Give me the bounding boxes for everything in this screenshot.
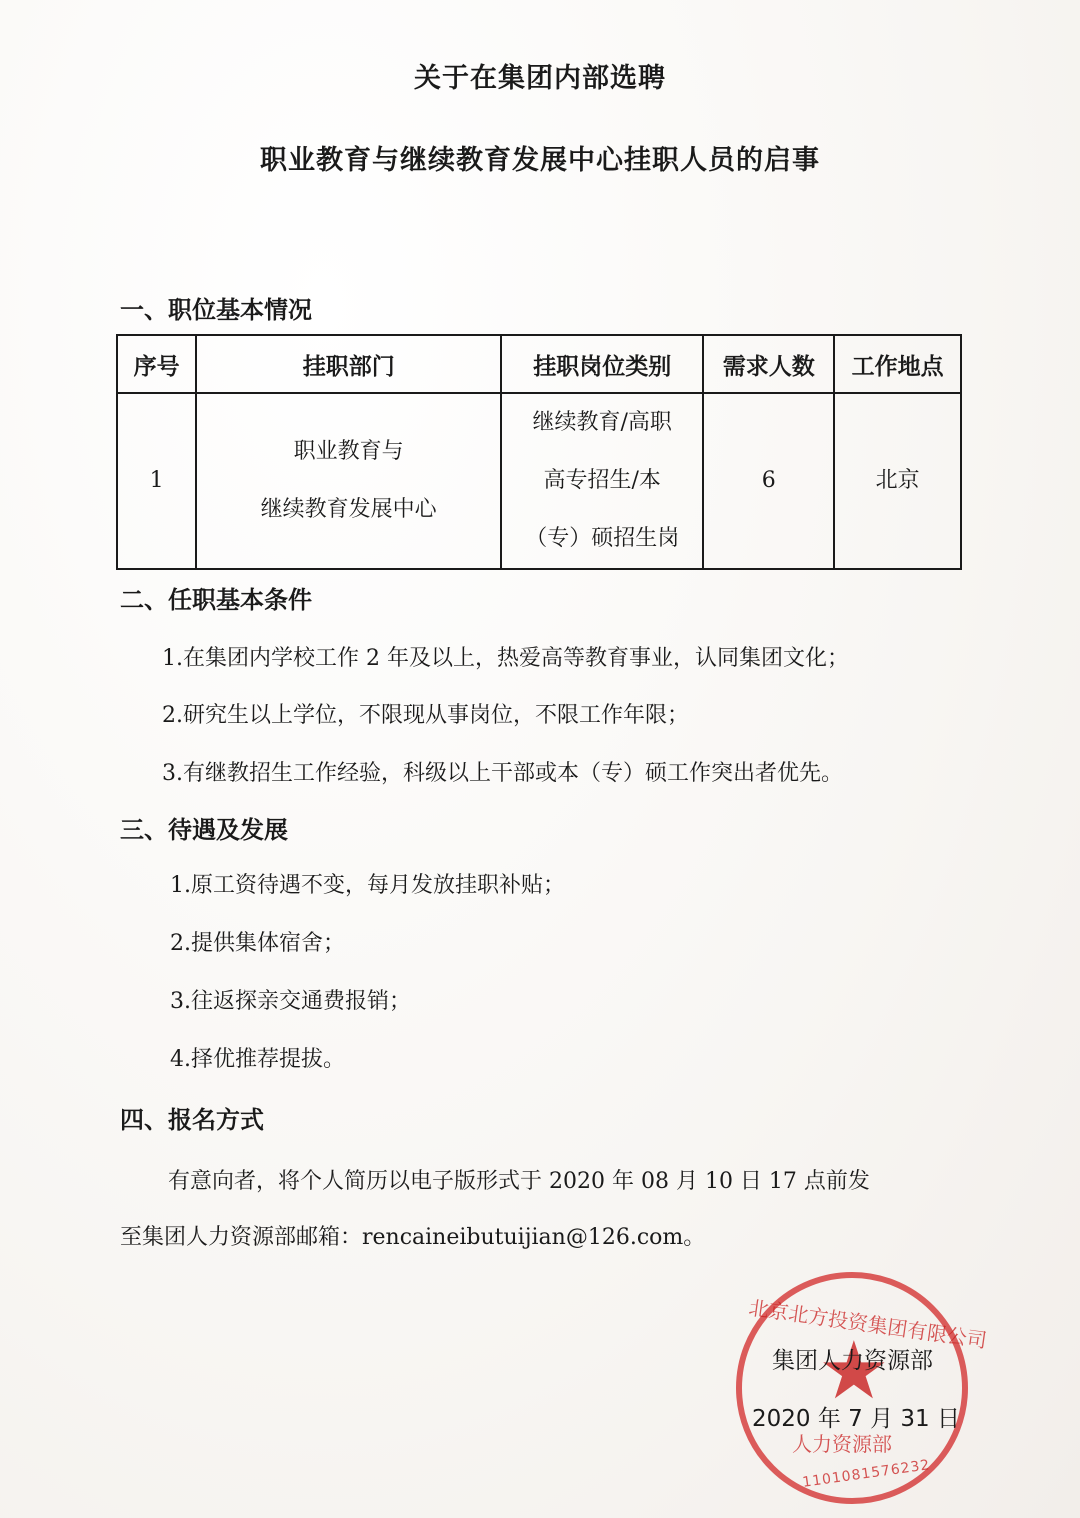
- department-line2: 继续教育发展中心: [197, 481, 500, 539]
- application-line1: 有意向者，将个人简历以电子版形式于 2020 年 08 月 10 日 17 点前…: [168, 1164, 870, 1195]
- department-line1: 职业教育与: [197, 423, 500, 481]
- document-title-line1: 关于在集团内部选聘: [0, 56, 1080, 95]
- requirement-item-3: 3.有继教招生工作经验，科级以上干部或本（专）硕工作突出者优先。: [162, 756, 843, 787]
- col-header-category: 挂职岗位类别: [501, 335, 703, 393]
- requirement-item-1: 1.在集团内学校工作 2 年及以上，热爱高等教育事业，认同集团文化；: [162, 641, 849, 672]
- benefit-item-3: 3.往返探亲交通费报销；: [170, 984, 411, 1015]
- cell-department: 职业教育与 继续教育发展中心: [196, 393, 501, 569]
- category-line2: 高专招生/本: [502, 452, 702, 510]
- benefit-item-1: 1.原工资待遇不变，每月发放挂职补贴；: [170, 868, 565, 899]
- document-page: 关于在集团内部选聘 职业教育与继续教育发展中心挂职人员的启事 一、职位基本情况 …: [0, 0, 1080, 1518]
- application-line2: 至集团人力资源部邮箱：rencaineibutuijian@126.com。: [120, 1220, 705, 1251]
- category-line3: （专）硕招生岗: [502, 510, 702, 568]
- benefit-item-4: 4.择优推荐提拔。: [170, 1042, 345, 1073]
- table-header-row: 序号 挂职部门 挂职岗位类别 需求人数 工作地点: [117, 335, 961, 393]
- col-header-headcount: 需求人数: [703, 335, 834, 393]
- col-header-index: 序号: [117, 335, 196, 393]
- cell-category: 继续教育/高职 高专招生/本 （专）硕招生岗: [501, 393, 703, 569]
- section4-heading: 四、报名方式: [120, 1100, 264, 1135]
- table-row: 1 职业教育与 继续教育发展中心 继续教育/高职 高专招生/本 （专）硕招生岗 …: [117, 393, 961, 569]
- cell-headcount: 6: [703, 393, 834, 569]
- benefit-item-2: 2.提供集体宿舍；: [170, 926, 345, 957]
- signature-date: 2020 年 7 月 31 日: [752, 1400, 960, 1433]
- signature-department: 集团人力资源部: [772, 1342, 933, 1375]
- col-header-location: 工作地点: [834, 335, 961, 393]
- cell-index: 1: [117, 393, 196, 569]
- document-title-line2: 职业教育与继续教育发展中心挂职人员的启事: [0, 138, 1080, 177]
- section2-heading: 二、任职基本条件: [120, 580, 312, 615]
- section3-heading: 三、待遇及发展: [120, 810, 288, 845]
- section1-heading: 一、职位基本情况: [120, 290, 312, 325]
- position-table: 序号 挂职部门 挂职岗位类别 需求人数 工作地点 1 职业教育与 继续教育发展中…: [116, 334, 962, 570]
- official-seal: 北京北方投资集团有限公司 ★ 人力资源部 1101081576232: [736, 1272, 968, 1504]
- category-line1: 继续教育/高职: [502, 394, 702, 452]
- cell-location: 北京: [834, 393, 961, 569]
- requirement-item-2: 2.研究生以上学位，不限现从事岗位，不限工作年限；: [162, 698, 689, 729]
- col-header-department: 挂职部门: [196, 335, 501, 393]
